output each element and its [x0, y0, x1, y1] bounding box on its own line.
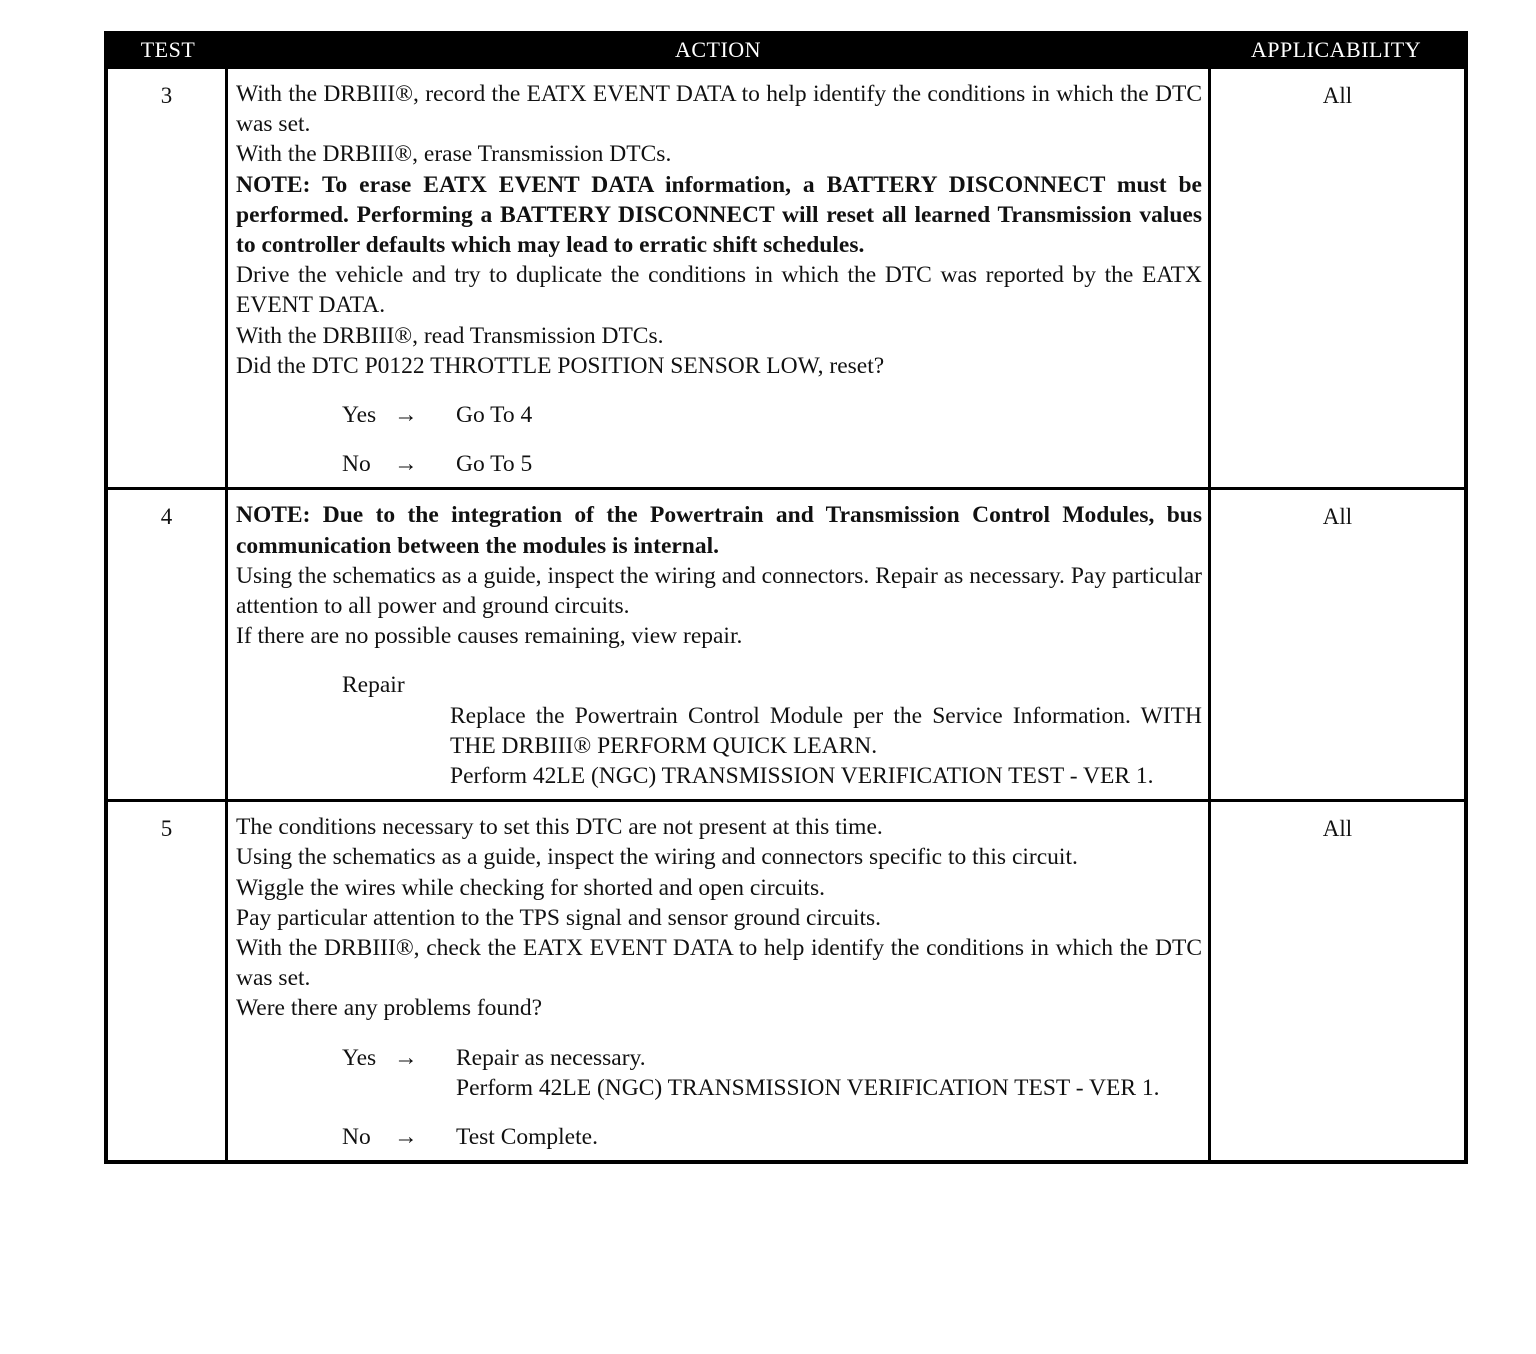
branch-label: No	[342, 449, 392, 479]
instruction-text: The conditions necessary to set this DTC…	[236, 812, 1202, 842]
action-cell: The conditions necessary to set this DTC…	[228, 802, 1208, 1160]
branch-result: Go To 5	[456, 449, 1202, 479]
table-row: 4NOTE: Due to the integration of the Pow…	[108, 487, 1464, 799]
instruction-text: Were there any problems found?	[236, 993, 1202, 1023]
instruction-text: Did the DTC P0122 THROTTLE POSITION SENS…	[236, 351, 1202, 381]
test-number: 3	[108, 69, 228, 487]
table-header: TEST ACTION APPLICABILITY	[108, 31, 1464, 69]
action-cell: With the DRBIII®, record the EATX EVENT …	[228, 69, 1208, 487]
repair-instruction: Perform 42LE (NGC) TRANSMISSION VERIFICA…	[450, 761, 1202, 791]
branch-label: Yes	[342, 1043, 392, 1103]
repair-label: Repair	[342, 670, 1202, 700]
branch-result: Test Complete.	[456, 1122, 1202, 1152]
instruction-text: If there are no possible causes remainin…	[236, 621, 1202, 651]
arrow-right-icon: →	[392, 1043, 456, 1103]
branch-no: No→Go To 5	[342, 449, 1202, 479]
applicability-value: All	[1208, 69, 1464, 487]
test-number: 5	[108, 802, 228, 1160]
branch-label: No	[342, 1122, 392, 1152]
note-text: NOTE: Due to the integration of the Powe…	[236, 500, 1202, 560]
header-test: TEST	[108, 37, 228, 63]
instruction-text: Pay particular attention to the TPS sign…	[236, 903, 1202, 933]
instruction-text: With the DRBIII®, record the EATX EVENT …	[236, 79, 1202, 139]
table-body: 3With the DRBIII®, record the EATX EVENT…	[108, 69, 1464, 1160]
instruction-text: With the DRBIII®, erase Transmission DTC…	[236, 139, 1202, 169]
applicability-value: All	[1208, 802, 1464, 1160]
branch-result-line: Test Complete.	[456, 1122, 1202, 1152]
branch-result-line: Go To 4	[456, 400, 1202, 430]
applicability-value: All	[1208, 490, 1464, 799]
branch-result: Go To 4	[456, 400, 1202, 430]
table-row: 5The conditions necessary to set this DT…	[108, 799, 1464, 1160]
header-applicability: APPLICABILITY	[1208, 37, 1464, 63]
branch-result-line: Repair as necessary.	[456, 1043, 1202, 1073]
instruction-text: Using the schematics as a guide, inspect…	[236, 842, 1202, 872]
repair-instruction: Replace the Powertrain Control Module pe…	[450, 701, 1202, 761]
branch-result-line: Go To 5	[456, 449, 1202, 479]
instruction-text: Using the schematics as a guide, inspect…	[236, 561, 1202, 621]
branch-label: Yes	[342, 400, 392, 430]
note-text: NOTE: To erase EATX EVENT DATA informati…	[236, 170, 1202, 261]
diagnostic-test-table: TEST ACTION APPLICABILITY 3With the DRBI…	[104, 31, 1468, 1164]
instruction-text: Drive the vehicle and try to duplicate t…	[236, 260, 1202, 320]
branch-no: No→Test Complete.	[342, 1122, 1202, 1152]
branch-yes: Yes→Repair as necessary.Perform 42LE (NG…	[342, 1043, 1202, 1103]
branch-result: Repair as necessary.Perform 42LE (NGC) T…	[456, 1043, 1202, 1103]
arrow-right-icon: →	[392, 400, 456, 430]
arrow-right-icon: →	[392, 1122, 456, 1152]
instruction-text: Wiggle the wires while checking for shor…	[236, 873, 1202, 903]
branch-yes: Yes→Go To 4	[342, 400, 1202, 430]
instruction-text: With the DRBIII®, read Transmission DTCs…	[236, 321, 1202, 351]
branch-result-line: Perform 42LE (NGC) TRANSMISSION VERIFICA…	[456, 1073, 1202, 1103]
arrow-right-icon: →	[392, 449, 456, 479]
table-row: 3With the DRBIII®, record the EATX EVENT…	[108, 69, 1464, 487]
action-cell: NOTE: Due to the integration of the Powe…	[228, 490, 1208, 799]
header-action: ACTION	[228, 37, 1208, 63]
test-number: 4	[108, 490, 228, 799]
instruction-text: With the DRBIII®, check the EATX EVENT D…	[236, 933, 1202, 993]
